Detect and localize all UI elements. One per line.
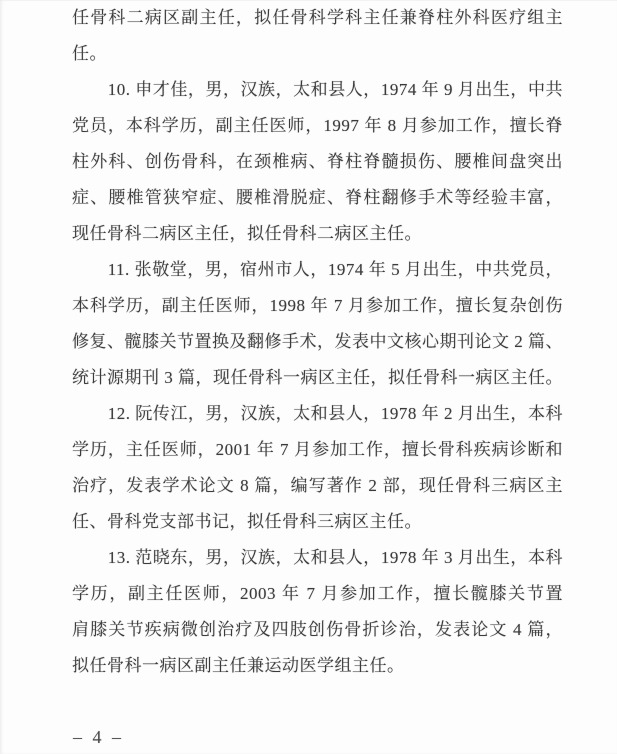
text-line: 学历，副主任医师，2003 年 7 月参加工作，擅长髋膝关节置换、 <box>72 576 563 612</box>
text-line: 任。 <box>72 36 563 72</box>
text-line: 学历，主任医师，2001 年 7 月参加工作，擅长骨科疾病诊断和 <box>72 432 563 468</box>
page-footer: – 4 – <box>73 719 124 754</box>
text-line: 肩膝关节疾病微创治疗及四肢创伤骨折诊治，发表论文 4 篇， <box>72 612 563 648</box>
text-line: 本科学历，副主任医师，1998 年 7 月参加工作，擅长复杂创伤 <box>72 288 563 324</box>
document-body: 任骨科二病区副主任，拟任骨科学科主任兼脊柱外科医疗组主任。10. 申才佳，男，汉… <box>72 0 563 684</box>
text-line: 任、骨科党支部书记，拟任骨科三病区主任。 <box>72 504 563 540</box>
text-line: 治疗，发表学术论文 8 篇，编写著作 2 部，现任骨科三病区主 <box>72 468 563 504</box>
text-line: 13. 范晓东，男，汉族，太和县人，1978 年 3 月出生，本科 <box>72 540 563 576</box>
text-line: 任骨科二病区副主任，拟任骨科学科主任兼脊柱外科医疗组主 <box>72 0 563 36</box>
text-line: 统计源期刊 3 篇，现任骨科一病区主任，拟任骨科一病区主任。 <box>72 360 563 396</box>
text-line: 10. 申才佳，男，汉族，太和县人，1974 年 9 月出生，中共 <box>72 72 563 108</box>
text-line: 修复、髋膝关节置换及翻修手术，发表中文核心期刊论文 2 篇、 <box>72 324 563 360</box>
text-line: 症、腰椎管狭窄症、腰椎滑脱症、脊柱翻修手术等经验丰富， <box>72 180 563 216</box>
text-line: 党员，本科学历，副主任医师，1997 年 8 月参加工作，擅长脊 <box>72 108 563 144</box>
text-line: 现任骨科二病区主任，拟任骨科二病区主任。 <box>72 216 563 252</box>
text-line: 柱外科、创伤骨科，在颈椎病、脊柱脊髓损伤、腰椎间盘突出 <box>72 144 563 180</box>
text-line: 拟任骨科一病区副主任兼运动医学组主任。 <box>72 648 563 684</box>
document-page: 任骨科二病区副主任，拟任骨科学科主任兼脊柱外科医疗组主任。10. 申才佳，男，汉… <box>0 0 617 754</box>
text-line: 12. 阮传江，男，汉族，太和县人，1978 年 2 月出生，本科 <box>72 396 563 432</box>
text-line: 11. 张敬堂，男，宿州市人，1974 年 5 月出生，中共党员， <box>72 252 563 288</box>
page-number: – 4 – <box>73 727 124 747</box>
